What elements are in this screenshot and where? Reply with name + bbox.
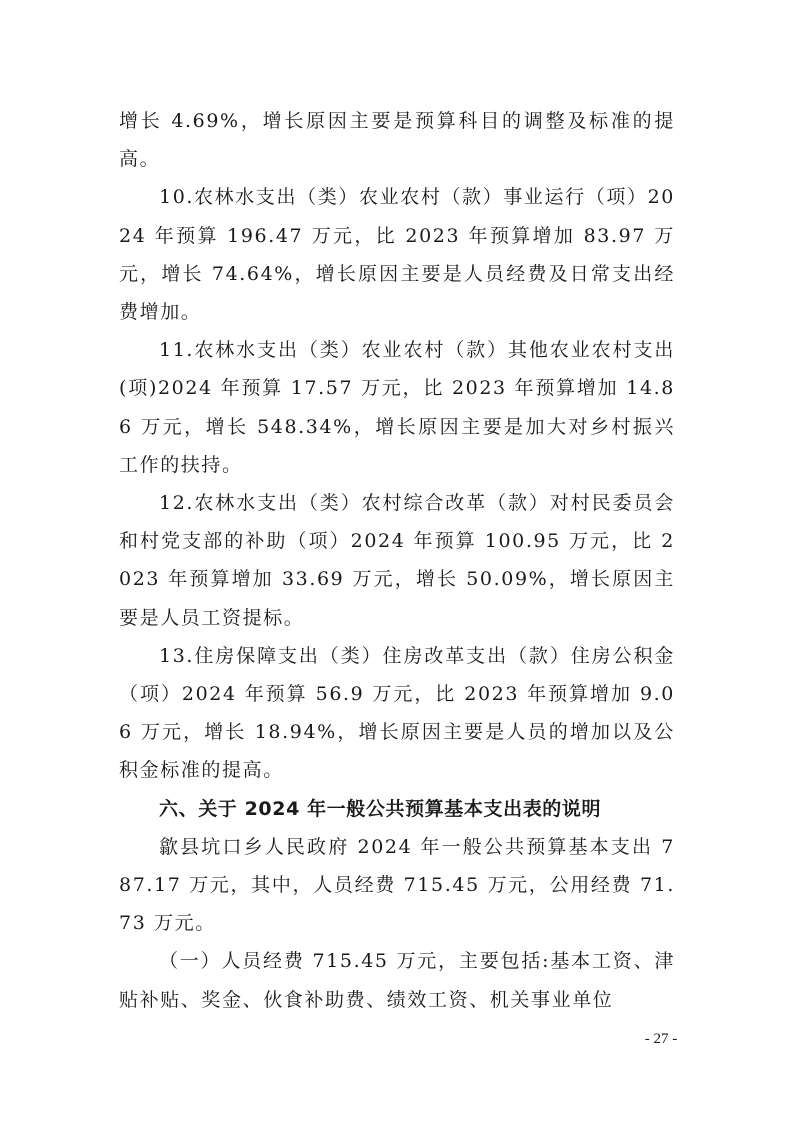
paragraph-item-12: 12.农林水支出（类）农村综合改革（款）对村民委员会和村党支部的补助（项）202… — [119, 484, 675, 637]
paragraph-basic-expenditure: 歙县坑口乡人民政府 2024 年一般公共预算基本支出 787.17 万元，其中，… — [119, 828, 675, 943]
paragraph-personnel-expenses: （一）人员经费 715.45 万元，主要包括:基本工资、津贴补贴、奖金、伙食补助… — [119, 942, 675, 1018]
paragraph-continuation: 增长 4.69%，增长原因主要是预算科目的调整及标准的提高。 — [119, 102, 675, 178]
paragraph-item-10: 10.农林水支出（类）农业农村（款）事业运行（项）2024 年预算 196.47… — [119, 178, 675, 331]
paragraph-item-13: 13.住房保障支出（类）住房改革支出（款）住房公积金（项）2024 年预算 56… — [119, 637, 675, 790]
paragraph-item-11: 11.农林水支出（类）农业农村（款）其他农业农村支出(项)2024 年预算 17… — [119, 331, 675, 484]
document-page-body: 增长 4.69%，增长原因主要是预算科目的调整及标准的提高。 10.农林水支出（… — [119, 102, 675, 1019]
section-heading-6: 六、关于 2024 年一般公共预算基本支出表的说明 — [119, 790, 675, 828]
page-number: - 27 - — [636, 1031, 686, 1048]
